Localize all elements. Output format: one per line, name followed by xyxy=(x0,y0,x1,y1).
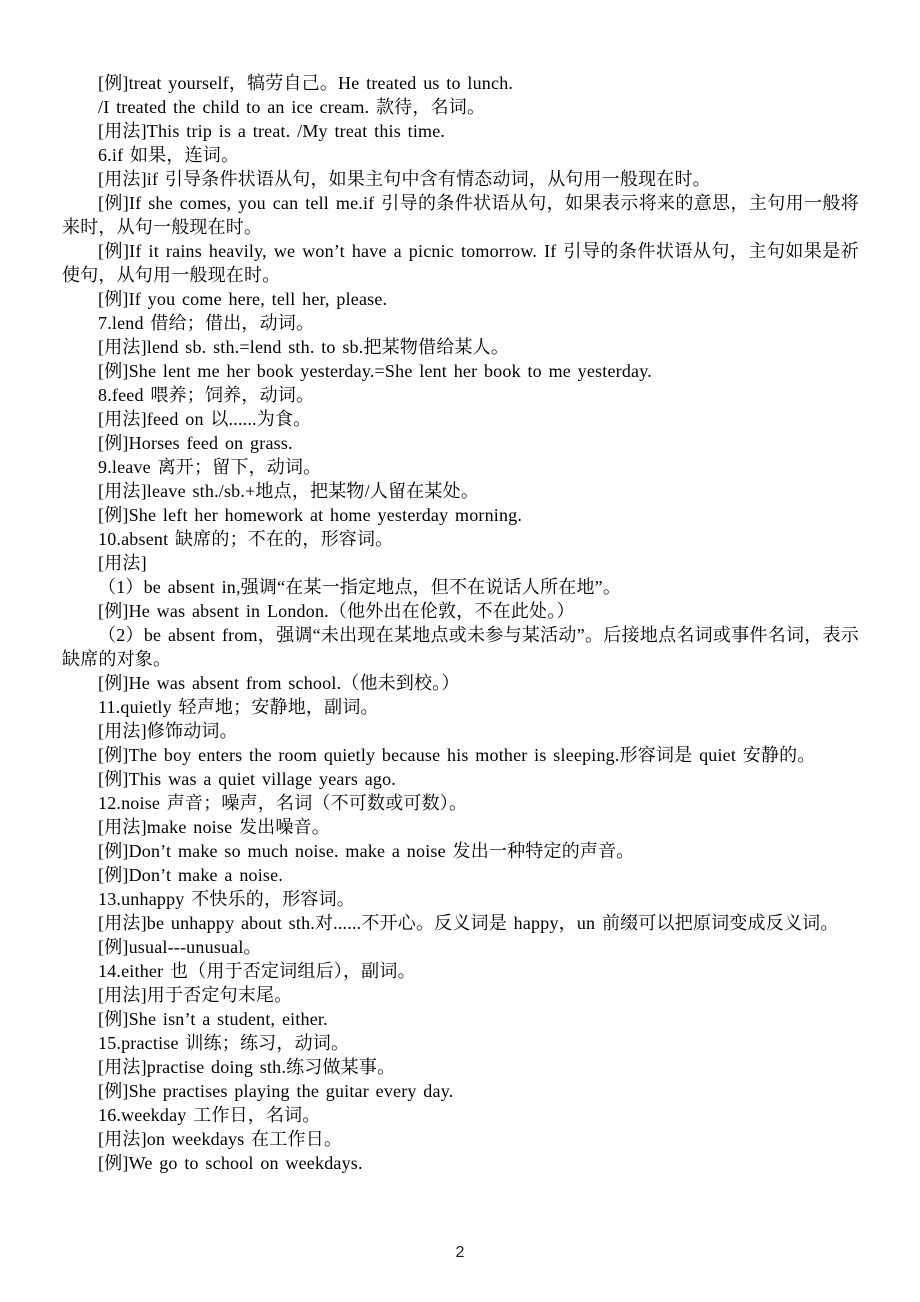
paragraph: [例]If it rains heavily, we won’t have a … xyxy=(62,239,859,287)
paragraph: [例]She practises playing the guitar ever… xyxy=(62,1079,859,1103)
document-body-text: [例]treat yourself，犒劳自己。He treated us to … xyxy=(62,71,859,1175)
paragraph: （1）be absent in,强调“在某一指定地点，但不在说话人所在地”。 xyxy=(62,575,859,599)
paragraph: [用法]修饰动词。 xyxy=(62,719,859,743)
paragraph: [例]Don’t make so much noise. make a nois… xyxy=(62,839,859,863)
paragraph: [例]Horses feed on grass. xyxy=(62,431,859,455)
paragraph: [例]treat yourself，犒劳自己。He treated us to … xyxy=(62,71,859,95)
paragraph: 6.if 如果，连词。 xyxy=(62,143,859,167)
paragraph: [用法]on weekdays 在工作日。 xyxy=(62,1127,859,1151)
paragraph: 9.leave 离开；留下，动词。 xyxy=(62,455,859,479)
paragraph: [用法]leave sth./sb.+地点，把某物/人留在某处。 xyxy=(62,479,859,503)
paragraph: 15.practise 训练；练习，动词。 xyxy=(62,1031,859,1055)
page-number: 2 xyxy=(0,1243,920,1263)
document-page: [例]treat yourself，犒劳自己。He treated us to … xyxy=(0,0,920,1302)
paragraph: 10.absent 缺席的；不在的，形容词。 xyxy=(62,527,859,551)
paragraph: [例]She lent me her book yesterday.=She l… xyxy=(62,359,859,383)
paragraph: [用法]feed on 以......为食。 xyxy=(62,407,859,431)
paragraph: （2）be absent from，强调“未出现在某地点或未参与某活动”。后接地… xyxy=(62,623,859,671)
paragraph: 7.lend 借给；借出，动词。 xyxy=(62,311,859,335)
paragraph: [例]This was a quiet village years ago. xyxy=(62,767,859,791)
paragraph: [例]He was absent from school.（他未到校。） xyxy=(62,671,859,695)
paragraph: [用法]This trip is a treat. /My treat this… xyxy=(62,119,859,143)
paragraph: 8.feed 喂养；饲养，动词。 xyxy=(62,383,859,407)
paragraph: [例]She left her homework at home yesterd… xyxy=(62,503,859,527)
paragraph: [例]usual---unusual。 xyxy=(62,935,859,959)
paragraph: 14.either 也（用于否定词组后），副词。 xyxy=(62,959,859,983)
paragraph: 11.quietly 轻声地；安静地，副词。 xyxy=(62,695,859,719)
paragraph: 12.noise 声音；噪声，名词（不可数或可数）。 xyxy=(62,791,859,815)
paragraph: [用法]be unhappy about sth.对......不开心。反义词是… xyxy=(62,911,859,935)
paragraph: /I treated the child to an ice cream. 款待… xyxy=(62,95,859,119)
paragraph: [用法]用于否定句末尾。 xyxy=(62,983,859,1007)
paragraph: 16.weekday 工作日，名词。 xyxy=(62,1103,859,1127)
paragraph: [例]We go to school on weekdays. xyxy=(62,1151,859,1175)
paragraph: [例]He was absent in London.（他外出在伦敦，不在此处。… xyxy=(62,599,859,623)
paragraph: [例]If she comes, you can tell me.if 引导的条… xyxy=(62,191,859,239)
paragraph: [例]Don’t make a noise. xyxy=(62,863,859,887)
paragraph: [用法]practise doing sth.练习做某事。 xyxy=(62,1055,859,1079)
paragraph: 13.unhappy 不快乐的，形容词。 xyxy=(62,887,859,911)
paragraph: [用法]lend sb. sth.=lend sth. to sb.把某物借给某… xyxy=(62,335,859,359)
paragraph: [用法]make noise 发出噪音。 xyxy=(62,815,859,839)
paragraph: [用法]if 引导条件状语从句，如果主句中含有情态动词，从句用一般现在时。 xyxy=(62,167,859,191)
paragraph: [例]She isn’t a student, either. xyxy=(62,1007,859,1031)
paragraph: [用法] xyxy=(62,551,859,575)
paragraph: [例]The boy enters the room quietly becau… xyxy=(62,743,859,767)
paragraph: [例]If you come here, tell her, please. xyxy=(62,287,859,311)
